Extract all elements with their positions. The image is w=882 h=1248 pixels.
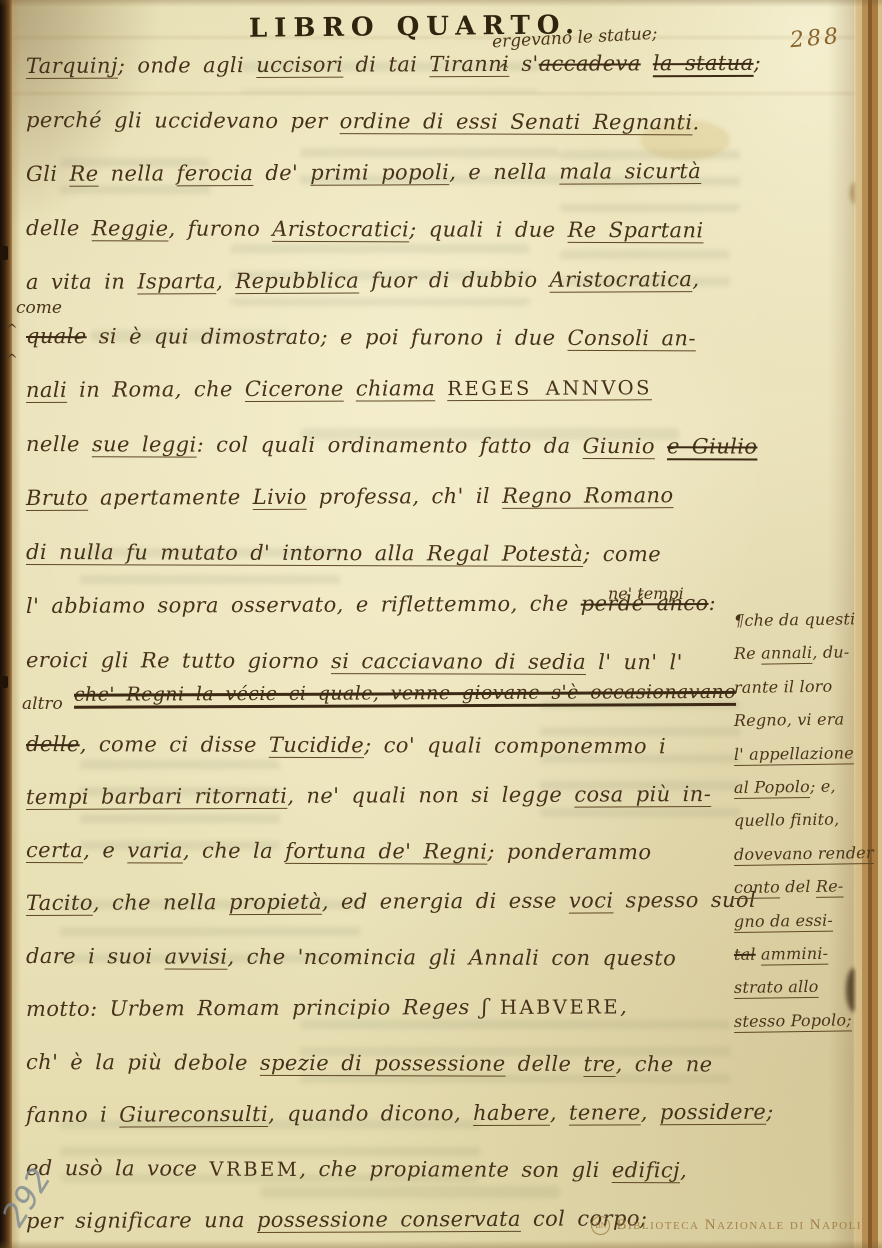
manuscript-line: tempi barbari ritornati, ne' quali non s… xyxy=(26,768,816,824)
text-segment: , ne' quali non si legge xyxy=(287,783,574,808)
margin-note-line: rante il loro xyxy=(734,670,862,705)
text-segment: gno da essi- xyxy=(734,910,833,930)
margin-note-line: ¶che da questi xyxy=(734,603,862,638)
text-segment: : col quali ordinamento fatto da xyxy=(197,433,583,458)
text-segment: Consoli an- xyxy=(568,326,696,350)
text-segment: , e nella xyxy=(449,160,559,184)
text-segment: HABVERE xyxy=(500,995,620,1019)
text-segment: si cacciavano di sedia xyxy=(331,649,586,674)
text-segment: ordine di essi Senati Regnanti xyxy=(340,109,693,134)
text-segment: , che 'ncomincia gli Annali con questo xyxy=(227,945,676,971)
text-segment: Livio xyxy=(253,485,307,509)
text-segment: la statua xyxy=(653,51,754,75)
text-segment: , come ci disse xyxy=(80,732,269,757)
margin-note-line: al Popolo; e, xyxy=(734,770,862,805)
binding-edge xyxy=(0,0,12,1248)
caret-mark: ^ xyxy=(6,322,18,338)
text-segment: ; quali i due xyxy=(409,217,568,242)
margin-note-line: Regno, vi era xyxy=(734,703,862,738)
interlinear-correction-come: come xyxy=(16,298,62,318)
text-segment: annali xyxy=(761,643,812,663)
text-segment: uccisori xyxy=(256,53,343,77)
manuscript-line: ch' è la più debole spezie di possession… xyxy=(26,1036,816,1092)
text-segment: e Giulio xyxy=(667,434,757,458)
text-segment: ammini- xyxy=(761,944,828,964)
text-segment: primi popoli xyxy=(310,160,449,185)
text-segment: ; xyxy=(753,51,761,75)
text-segment: Aristocratici xyxy=(272,217,409,241)
text-segment: , xyxy=(692,267,699,291)
text-segment: Re xyxy=(734,644,761,663)
text-segment: Aristocratica xyxy=(550,267,693,292)
margin-note-line: tal ammini- xyxy=(734,937,862,972)
library-logo-icon: BN xyxy=(591,1216,610,1235)
text-segment: chiama xyxy=(356,376,435,400)
text-segment: l' abbiamo sopra osservato, e riflettemm… xyxy=(26,592,581,618)
text-segment: ferocia xyxy=(177,161,254,185)
text-segment: fanno i xyxy=(26,1103,119,1127)
manuscript-page: LIBRO QUARTO. 288 Tarquinj; onde agli uc… xyxy=(0,0,882,1248)
text-segment: ; e, xyxy=(810,777,836,796)
text-segment: ; co' quali componemmo i xyxy=(364,733,666,758)
text-segment: Tucidide xyxy=(269,733,364,757)
text-segment: Re- xyxy=(816,877,844,896)
text-segment: Repubblica xyxy=(235,269,359,294)
text-segment: possessione conservata xyxy=(257,1207,521,1232)
text-segment: si è qui dimostrato; e poi furono i due xyxy=(87,324,568,350)
text-segment: habere xyxy=(473,1101,550,1125)
text-segment: Cicerone xyxy=(245,377,344,401)
text-segment: , ed energia di esse xyxy=(322,889,569,914)
margin-note-line: dovevano render xyxy=(734,837,862,872)
text-segment: , xyxy=(620,994,627,1018)
margin-note-line: Re annali, du- xyxy=(734,637,862,672)
text-segment: al Popolo xyxy=(734,777,810,797)
text-segment: perché gli uccidevano per xyxy=(26,108,340,133)
text-segment: Giureconsulti xyxy=(119,1102,268,1127)
text-segment: accadeva xyxy=(539,51,641,75)
text-segment: tempi barbari ritornati xyxy=(26,784,287,809)
text-segment: Bruto xyxy=(26,486,88,510)
margin-note-line: l' appellazione xyxy=(734,737,862,772)
text-segment: nelle xyxy=(26,432,92,456)
text-segment: apertamente xyxy=(88,485,253,510)
text-segment: , xyxy=(216,269,235,293)
text-segment: delle xyxy=(26,732,80,756)
text-segment: , che nella xyxy=(93,890,229,915)
text-segment: Reggie xyxy=(92,216,169,240)
text-segment: possidere xyxy=(660,1100,766,1124)
text-segment: tenere xyxy=(569,1100,641,1124)
text-segment: Re xyxy=(69,162,98,186)
text-segment: Gli xyxy=(26,162,70,186)
margin-note-line: quello finito, xyxy=(734,804,862,839)
text-segment: eroici gli Re tutto giorno xyxy=(26,648,331,673)
text-segment xyxy=(435,376,447,400)
text-segment: ; come xyxy=(583,542,661,566)
manuscript-line: nelle sue leggi: col quali ordinamento f… xyxy=(26,418,816,475)
text-segment: de' xyxy=(253,161,310,185)
text-segment: delle xyxy=(26,216,92,240)
manuscript-line: ed usò la voce VRBEM, che propiamente so… xyxy=(26,1142,816,1198)
text-segment: sue leggi xyxy=(92,432,197,456)
text-segment: , e xyxy=(83,838,127,862)
text-segment: , furono xyxy=(168,216,272,240)
manuscript-line: Tarquinj; onde agli uccisori di tai Tira… xyxy=(26,37,816,94)
text-segment: che' Regni la vécie ci quale, venne giov… xyxy=(74,681,736,706)
text-segment: professa, ch' il xyxy=(307,484,503,509)
text-segment: , che propiamente son gli xyxy=(299,1157,612,1182)
text-segment: Tarquinj xyxy=(26,54,118,78)
text-segment: ; ponderammo xyxy=(487,840,651,865)
margin-note-line: strato allo xyxy=(734,971,862,1006)
text-segment: , che la xyxy=(183,839,285,863)
text-segment: di tai xyxy=(343,52,429,76)
text-segment: REGES ANNVOS xyxy=(447,376,652,400)
text-segment: motto: Urbem Romam principio Reges ʃ xyxy=(26,995,500,1021)
text-segment xyxy=(344,377,356,401)
margin-note-line: stesso Popolo; xyxy=(734,1004,862,1039)
text-segment: ch' è la più debole xyxy=(26,1050,260,1075)
text-segment: fortuna de' Regni xyxy=(285,839,487,864)
manuscript-line: eroici gli Re tutto giorno si cacciavano… xyxy=(26,634,816,681)
text-segment: Tacito xyxy=(26,891,93,915)
manuscript-line: Tacito, che nella propietà, ed energia d… xyxy=(26,874,816,930)
text-segment: rante il loro xyxy=(734,676,833,696)
text-segment: l' un' l' xyxy=(586,650,683,674)
text-segment: Regno, vi era xyxy=(734,710,845,731)
text-segment: Giunio xyxy=(583,434,655,458)
text-segment: mala sicurtà xyxy=(559,159,701,184)
text-segment: tre xyxy=(583,1052,615,1076)
interlinear-correction-ne-tempi: ne' tempi xyxy=(608,584,684,603)
manuscript-line: di nulla fu mutato d' intorno alla Regal… xyxy=(26,526,816,583)
manuscript-line: a vita in Isparta, Repubblica fuor di du… xyxy=(26,253,816,310)
manuscript-line: fanno i Giureconsulti, quando dicono, ha… xyxy=(26,1086,816,1142)
library-stamp: BN Biblioteca Nazionale di Napoli xyxy=(591,1216,862,1235)
binding-crease xyxy=(12,0,21,1248)
text-segment: cosa più in- xyxy=(574,782,711,807)
text-segment: voci xyxy=(569,888,614,912)
text-segment: propietà xyxy=(229,890,322,914)
text-segment: . xyxy=(692,110,699,134)
manuscript-line: delle Reggie, furono Aristocratici; qual… xyxy=(26,202,816,259)
text-segment xyxy=(641,51,653,75)
text-segment: VRBEM xyxy=(209,1158,299,1181)
text-segment: quello finito, xyxy=(734,810,840,830)
text-segment: delle xyxy=(506,1052,584,1076)
text-segment: varia xyxy=(127,838,183,862)
caret-mark: ^ xyxy=(6,352,18,368)
text-segment: , du- xyxy=(812,643,849,663)
margin-note-line: conto del Re- xyxy=(734,870,862,905)
margin-note: ¶che da questiRe annali, du-rante il lor… xyxy=(734,605,862,1039)
text-segment: per significare una xyxy=(26,1208,257,1233)
manuscript-line: dare i suoi avvisi, che 'ncomincia gli A… xyxy=(26,930,816,986)
text-segment: strato allo xyxy=(734,977,819,997)
interlinear-correction-altro: altro xyxy=(22,694,63,714)
text-segment: spezie di possessione xyxy=(260,1051,506,1076)
manuscript-line: nali in Roma, che Cicerone chiama REGES … xyxy=(26,361,816,418)
text-segment: fuor di dubbio xyxy=(359,268,550,293)
text-segment: quale xyxy=(26,324,87,348)
text-segment: del xyxy=(780,877,816,897)
text-segment: dare i suoi xyxy=(26,944,165,968)
text-segment: ¶che da questi xyxy=(734,609,856,630)
text-segment: ; onde agli xyxy=(118,53,256,78)
text-segment: Isparta xyxy=(137,269,216,293)
library-stamp-label: Biblioteca Nazionale di Napoli xyxy=(616,1217,862,1234)
text-segment: ; xyxy=(766,1100,774,1124)
manuscript-line: motto: Urbem Romam principio Reges ʃ HAB… xyxy=(26,980,816,1036)
manuscript-line: perché gli uccidevano per ordine di essi… xyxy=(26,94,816,151)
text-segment: stesso Popolo; xyxy=(734,1010,852,1031)
manuscript-line: quale si è qui dimostrato; e poi furono … xyxy=(26,310,816,367)
text-segment: in Roma, che xyxy=(67,377,245,402)
manuscript-line: che' Regni la vécie ci quale, venne giov… xyxy=(26,675,816,718)
text-segment: a vita in xyxy=(26,270,137,294)
text-segment: certa xyxy=(26,838,83,862)
text-segment: Re Spartani xyxy=(568,218,704,242)
text-segment: avvisi xyxy=(165,944,228,968)
text-segment: , xyxy=(550,1101,569,1125)
margin-note-line: gno da essi- xyxy=(734,904,862,939)
text-segment: , xyxy=(680,1158,687,1182)
text-segment: : xyxy=(709,591,717,615)
page-top-edge xyxy=(0,0,882,7)
text-segment: conto xyxy=(734,877,780,897)
text-segment: nali xyxy=(26,378,67,402)
manuscript-line: Gli Re nella ferocia de' primi popoli, e… xyxy=(26,145,816,202)
manuscript-line: l' abbiamo sopra osservato, e riflettemm… xyxy=(26,577,816,634)
caret-mark: ^ xyxy=(498,62,510,78)
text-segment: dovevano render xyxy=(734,843,874,864)
binding-stitch-mark xyxy=(0,676,8,688)
manuscript-line: delle, come ci disse Tucidide; co' quali… xyxy=(26,718,816,774)
binding-stitch-mark xyxy=(0,246,8,260)
text-segment: Regno Romano xyxy=(502,483,673,508)
text-segment: edificj xyxy=(612,1158,680,1182)
manuscript-line: certa, e varia, che la fortuna de' Regni… xyxy=(26,824,816,880)
text-segment: , quando dicono, xyxy=(268,1101,473,1126)
manuscript-line: Bruto apertamente Livio professa, ch' il… xyxy=(26,469,816,526)
manuscript-text: Tarquinj; onde agli uccisori di tai Tira… xyxy=(26,40,816,1248)
text-segment xyxy=(655,434,667,458)
text-segment: di nulla fu mutato d' intorno alla Regal… xyxy=(26,540,583,566)
text-segment: l' appellazione xyxy=(734,743,854,764)
text-segment: nella xyxy=(98,161,176,185)
text-segment: , che ne xyxy=(616,1052,713,1076)
text-segment: , xyxy=(641,1100,660,1124)
library-monogram: BN xyxy=(595,1221,606,1230)
text-segment: s' xyxy=(509,52,539,76)
text-segment: tal xyxy=(734,945,756,964)
